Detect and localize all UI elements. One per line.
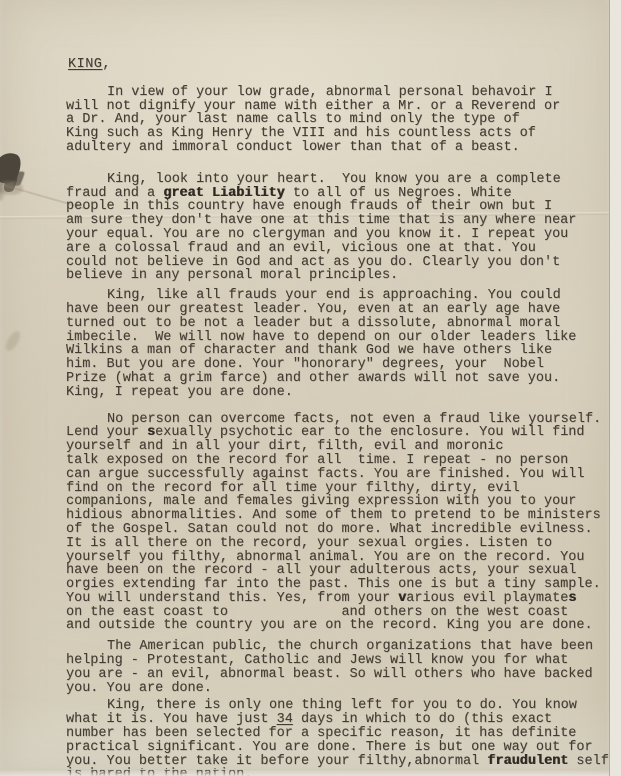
paper-stain (3, 329, 23, 353)
letter-page: KING, In view of your low grade, abnorma… (0, 0, 610, 776)
paragraph: King, look into your heart. You know you… (66, 173, 612, 283)
overstruck-text: fraudulent (487, 754, 568, 769)
typed-content: KING, In view of your low grade, abnorma… (66, 52, 612, 776)
scanned-letter: KING, In view of your low grade, abnorma… (0, 0, 621, 776)
paragraph: King, there is only one thing left for y… (66, 699, 612, 776)
paragraph: King, like all frauds your end is approa… (66, 289, 612, 399)
underlined-text: 34 (277, 712, 293, 727)
salutation-comma: , (102, 57, 111, 72)
salutation: KING, (68, 58, 612, 72)
overstruck-text: s (147, 425, 155, 440)
paragraph: In view of your low grade, abnormal pers… (66, 86, 612, 155)
paragraph: No person can overcome facts, not even a… (66, 413, 612, 634)
overstruck-text: s (568, 591, 576, 606)
overstruck-text: great Liability (163, 186, 285, 201)
paragraph: The American public, the church organiza… (66, 640, 612, 695)
ink-smudge (0, 148, 25, 187)
salutation-name: KING (68, 57, 102, 72)
overstruck-text: v (398, 591, 406, 606)
letter-body: In view of your low grade, abnormal pers… (66, 86, 612, 776)
paper-bottom-edge (0, 769, 609, 776)
